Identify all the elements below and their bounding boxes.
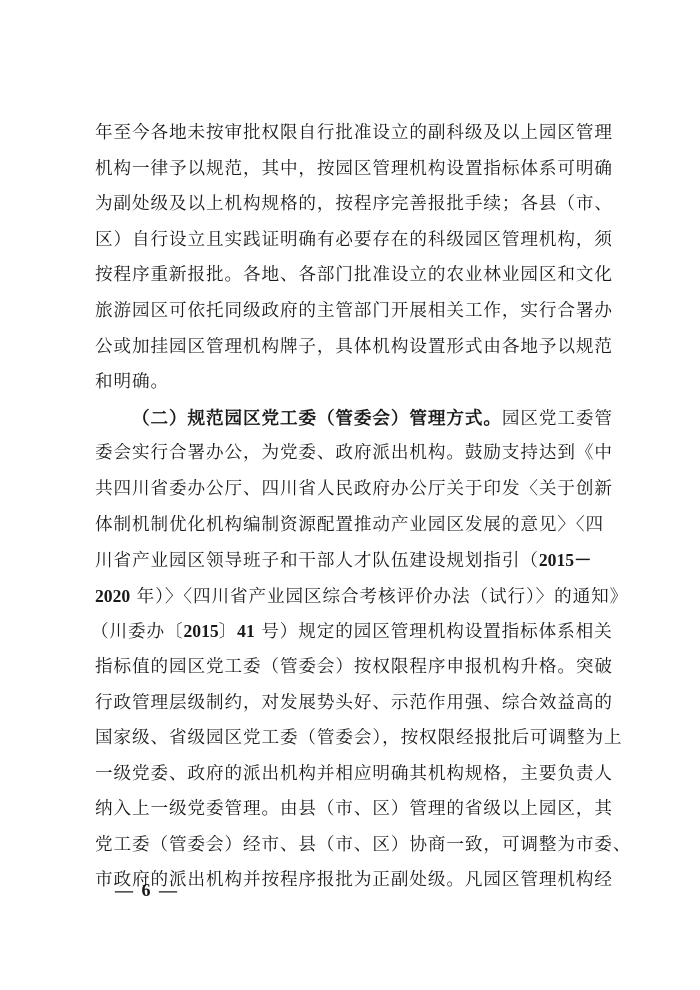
document-page: 年至今各地未按审批权限自行批准设立的副科级及以上园区管理 机构一律予以规范，其中… [95,116,615,899]
section-heading: （二）规范园区党工委（管委会）管理方式。 [132,408,502,429]
paragraph-line: 体制机制优化机构编制资源配置推动产业园区发展的意见〉〈四 [95,508,615,544]
year-range: 2015－ [539,550,592,570]
paragraph-text: 园区党工委管 [502,409,613,429]
doc-number: 41 [237,621,255,641]
paragraph-line: 党工委（管委会）经市、县（市、区）协商一致，可调整为市委、 [95,828,615,864]
paragraph-line: 委会实行合署办公，为党委、政府派出机构。鼓励支持达到《中 [95,436,615,472]
paragraph-line: 国家级、省级园区党工委（管委会），按权限经报批后可调整为上 [95,721,615,757]
paragraph-line: （川委办〔2015〕41 号）规定的园区管理机构设置指标体系相关 [91,614,615,650]
paragraph-line: 旅游园区可依托同级政府的主管部门开展相关工作，实行合署办 [95,294,615,330]
paragraph-line: 2020 年）〉〈四川省产业园区综合考核评价办法（试行）〉的通知》 [95,579,615,615]
paragraph-line: 行政管理层级制约，对发展势头好、示范作用强、综合效益高的 [95,686,615,722]
paragraph-text: 年）〉〈四川省产业园区综合考核评价办法（试行）〉的通知》 [130,587,628,607]
paragraph-text: 〕 [219,622,238,642]
paragraph-line: 共四川省委办公厅、四川省人民政府办公厅关于印发〈关于创新 [95,472,615,508]
paragraph-line: 指标值的园区党工委（管委会）按权限程序申报机构升格。突破 [95,650,615,686]
paragraph-text: 川省产业园区领导班子和干部人才队伍建设规划指引（ [95,551,539,571]
paragraph-line: 区）自行设立且实践证明确有必要存在的科级园区管理机构，须 [95,223,615,259]
paragraph-line: 年至今各地未按审批权限自行批准设立的副科级及以上园区管理 [95,116,615,152]
paragraph-line: 纳入上一级党委管理。由县（市、区）管理的省级以上园区，其 [95,792,615,828]
paragraph-line: 机构一律予以规范，其中，按园区管理机构设置指标体系可明确 [95,152,615,188]
paragraph-line: 川省产业园区领导班子和干部人才队伍建设规划指引（2015－ [95,543,615,579]
doc-year: 2015 [183,621,218,641]
section-heading-line: （二）规范园区党工委（管委会）管理方式。园区党工委管 [95,401,615,437]
paragraph-line: 一级党委、政府的派出机构并相应明确其机构规格，主要负责人 [95,757,615,793]
paragraph-line: 和明确。 [95,365,615,401]
paragraph-text: （川委办〔 [91,622,183,642]
paragraph-line: 公或加挂园区管理机构牌子，具体机构设置形式由各地予以规范 [95,330,615,366]
paragraph-text: 号）规定的园区管理机构设置指标体系相关 [255,622,613,642]
page-number: — 6 — [115,880,179,901]
year: 2020 [95,586,130,606]
paragraph-line: 为副处级及以上机构规格的，按程序完善报批手续；各县（市、 [95,187,615,223]
paragraph-line: 按程序重新报批。各地、各部门批准设立的农业林业园区和文化 [95,258,615,294]
